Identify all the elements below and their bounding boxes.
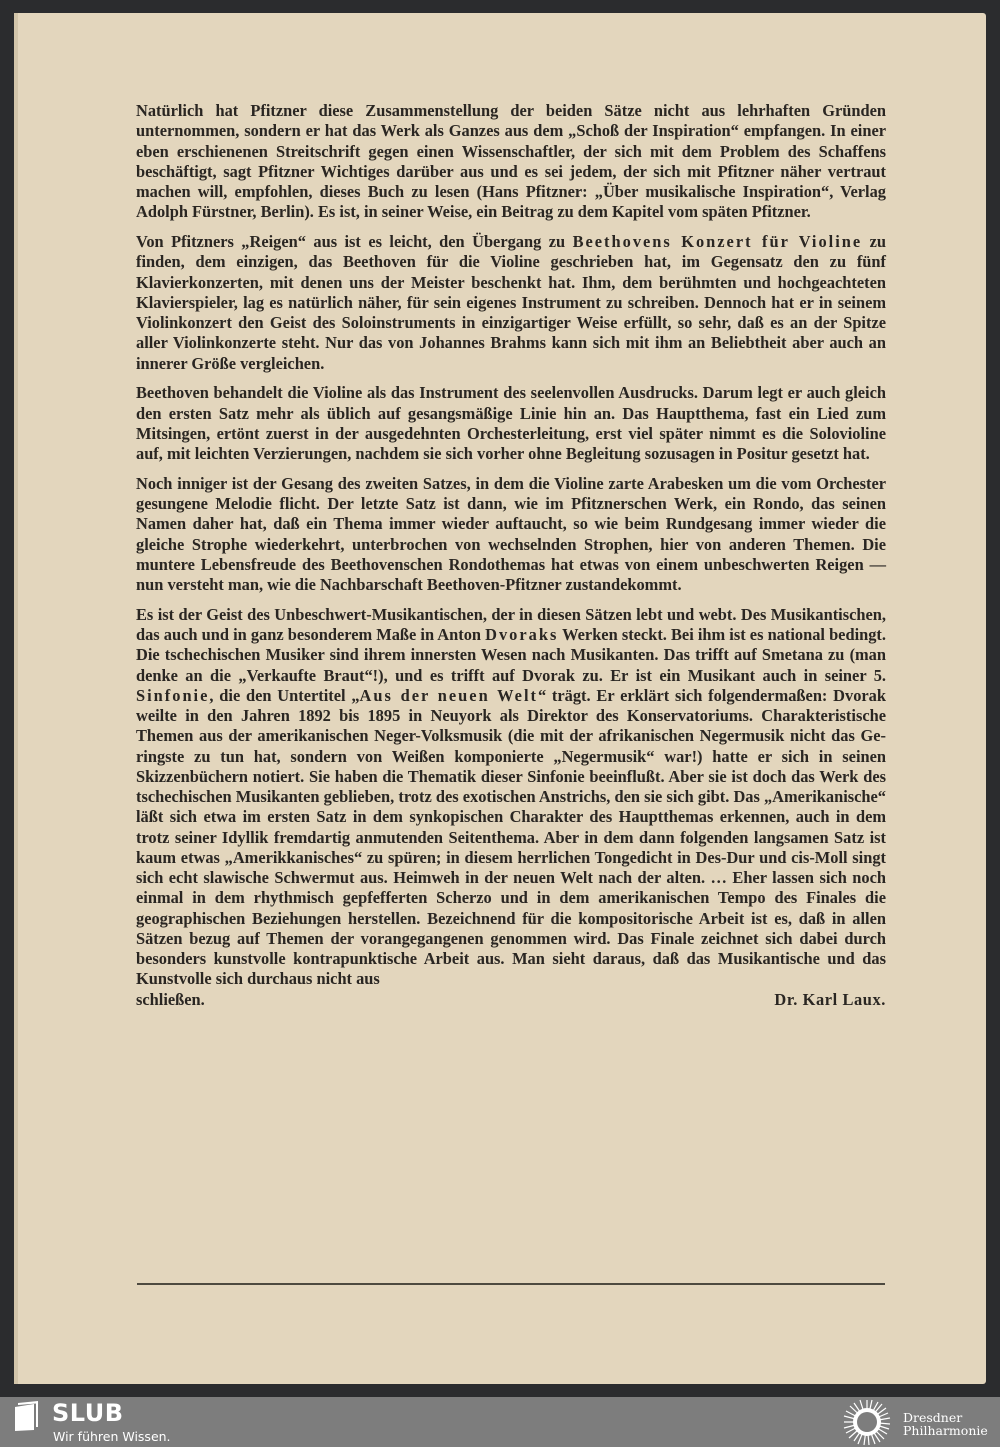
paragraph-1: Natürlich hat Pfitzner diese Zusammenste… [136, 101, 886, 223]
horizontal-rule [137, 1283, 885, 1285]
sunburst-ring-icon[interactable] [842, 1398, 892, 1446]
slub-logo-text[interactable]: SLUB [52, 1399, 124, 1427]
page-edge [14, 13, 18, 1384]
paragraph-text: Beethoven behandelt die Violine als das … [136, 383, 886, 463]
paragraph-text: , die den Untertitel „ [209, 686, 359, 705]
spaced-emphasis: Sinfonie [136, 686, 209, 705]
paragraph-4: Noch inniger ist der Gesang des zweiten … [136, 474, 886, 596]
paragraph-text: zu finden, dem einzigen, das Beethoven f… [136, 232, 886, 373]
spaced-emphasis: Aus der neuen Welt [360, 686, 538, 705]
book-icon [12, 1401, 42, 1433]
spaced-emphasis: Dvoraks [485, 625, 558, 644]
paragraph-3: Beethoven behandelt die Violine als das … [136, 383, 886, 464]
philharmonie-logo-text[interactable]: Dresdner Philharmonie [903, 1411, 988, 1437]
document-body: Natürlich hat Pfitzner diese Zusammenste… [136, 101, 886, 1010]
paragraph-2: Von Pfitzners „Reigen“ aus ist es leicht… [136, 232, 886, 374]
paragraph-text: Von Pfitzners „Reigen“ aus ist es leicht… [136, 232, 573, 251]
paragraph-text: Noch inniger ist der Gesang des zweiten … [136, 474, 886, 594]
closing-line: schließen. Dr. Karl Laux. [136, 990, 886, 1010]
author-signature: Dr. Karl Laux. [774, 990, 886, 1010]
footer-bar: SLUB Wir führen Wissen. Dresdner Philhar… [0, 1397, 1000, 1447]
paragraph-text: “ trägt. Er erklärt sich folgendermaßen:… [136, 686, 886, 989]
paragraph-text: Natürlich hat Pfitzner diese Zusammenste… [136, 101, 886, 221]
paragraph-5: Es ist der Geist des Unbeschwert-Musikan… [136, 605, 886, 990]
paragraph-last-line: schließen. [136, 990, 205, 1010]
slub-tagline: Wir führen Wissen. [53, 1429, 171, 1444]
spaced-emphasis: Beethovens Konzert für Violine [573, 232, 863, 251]
philharmonie-line-2: Philharmonie [903, 1424, 988, 1437]
